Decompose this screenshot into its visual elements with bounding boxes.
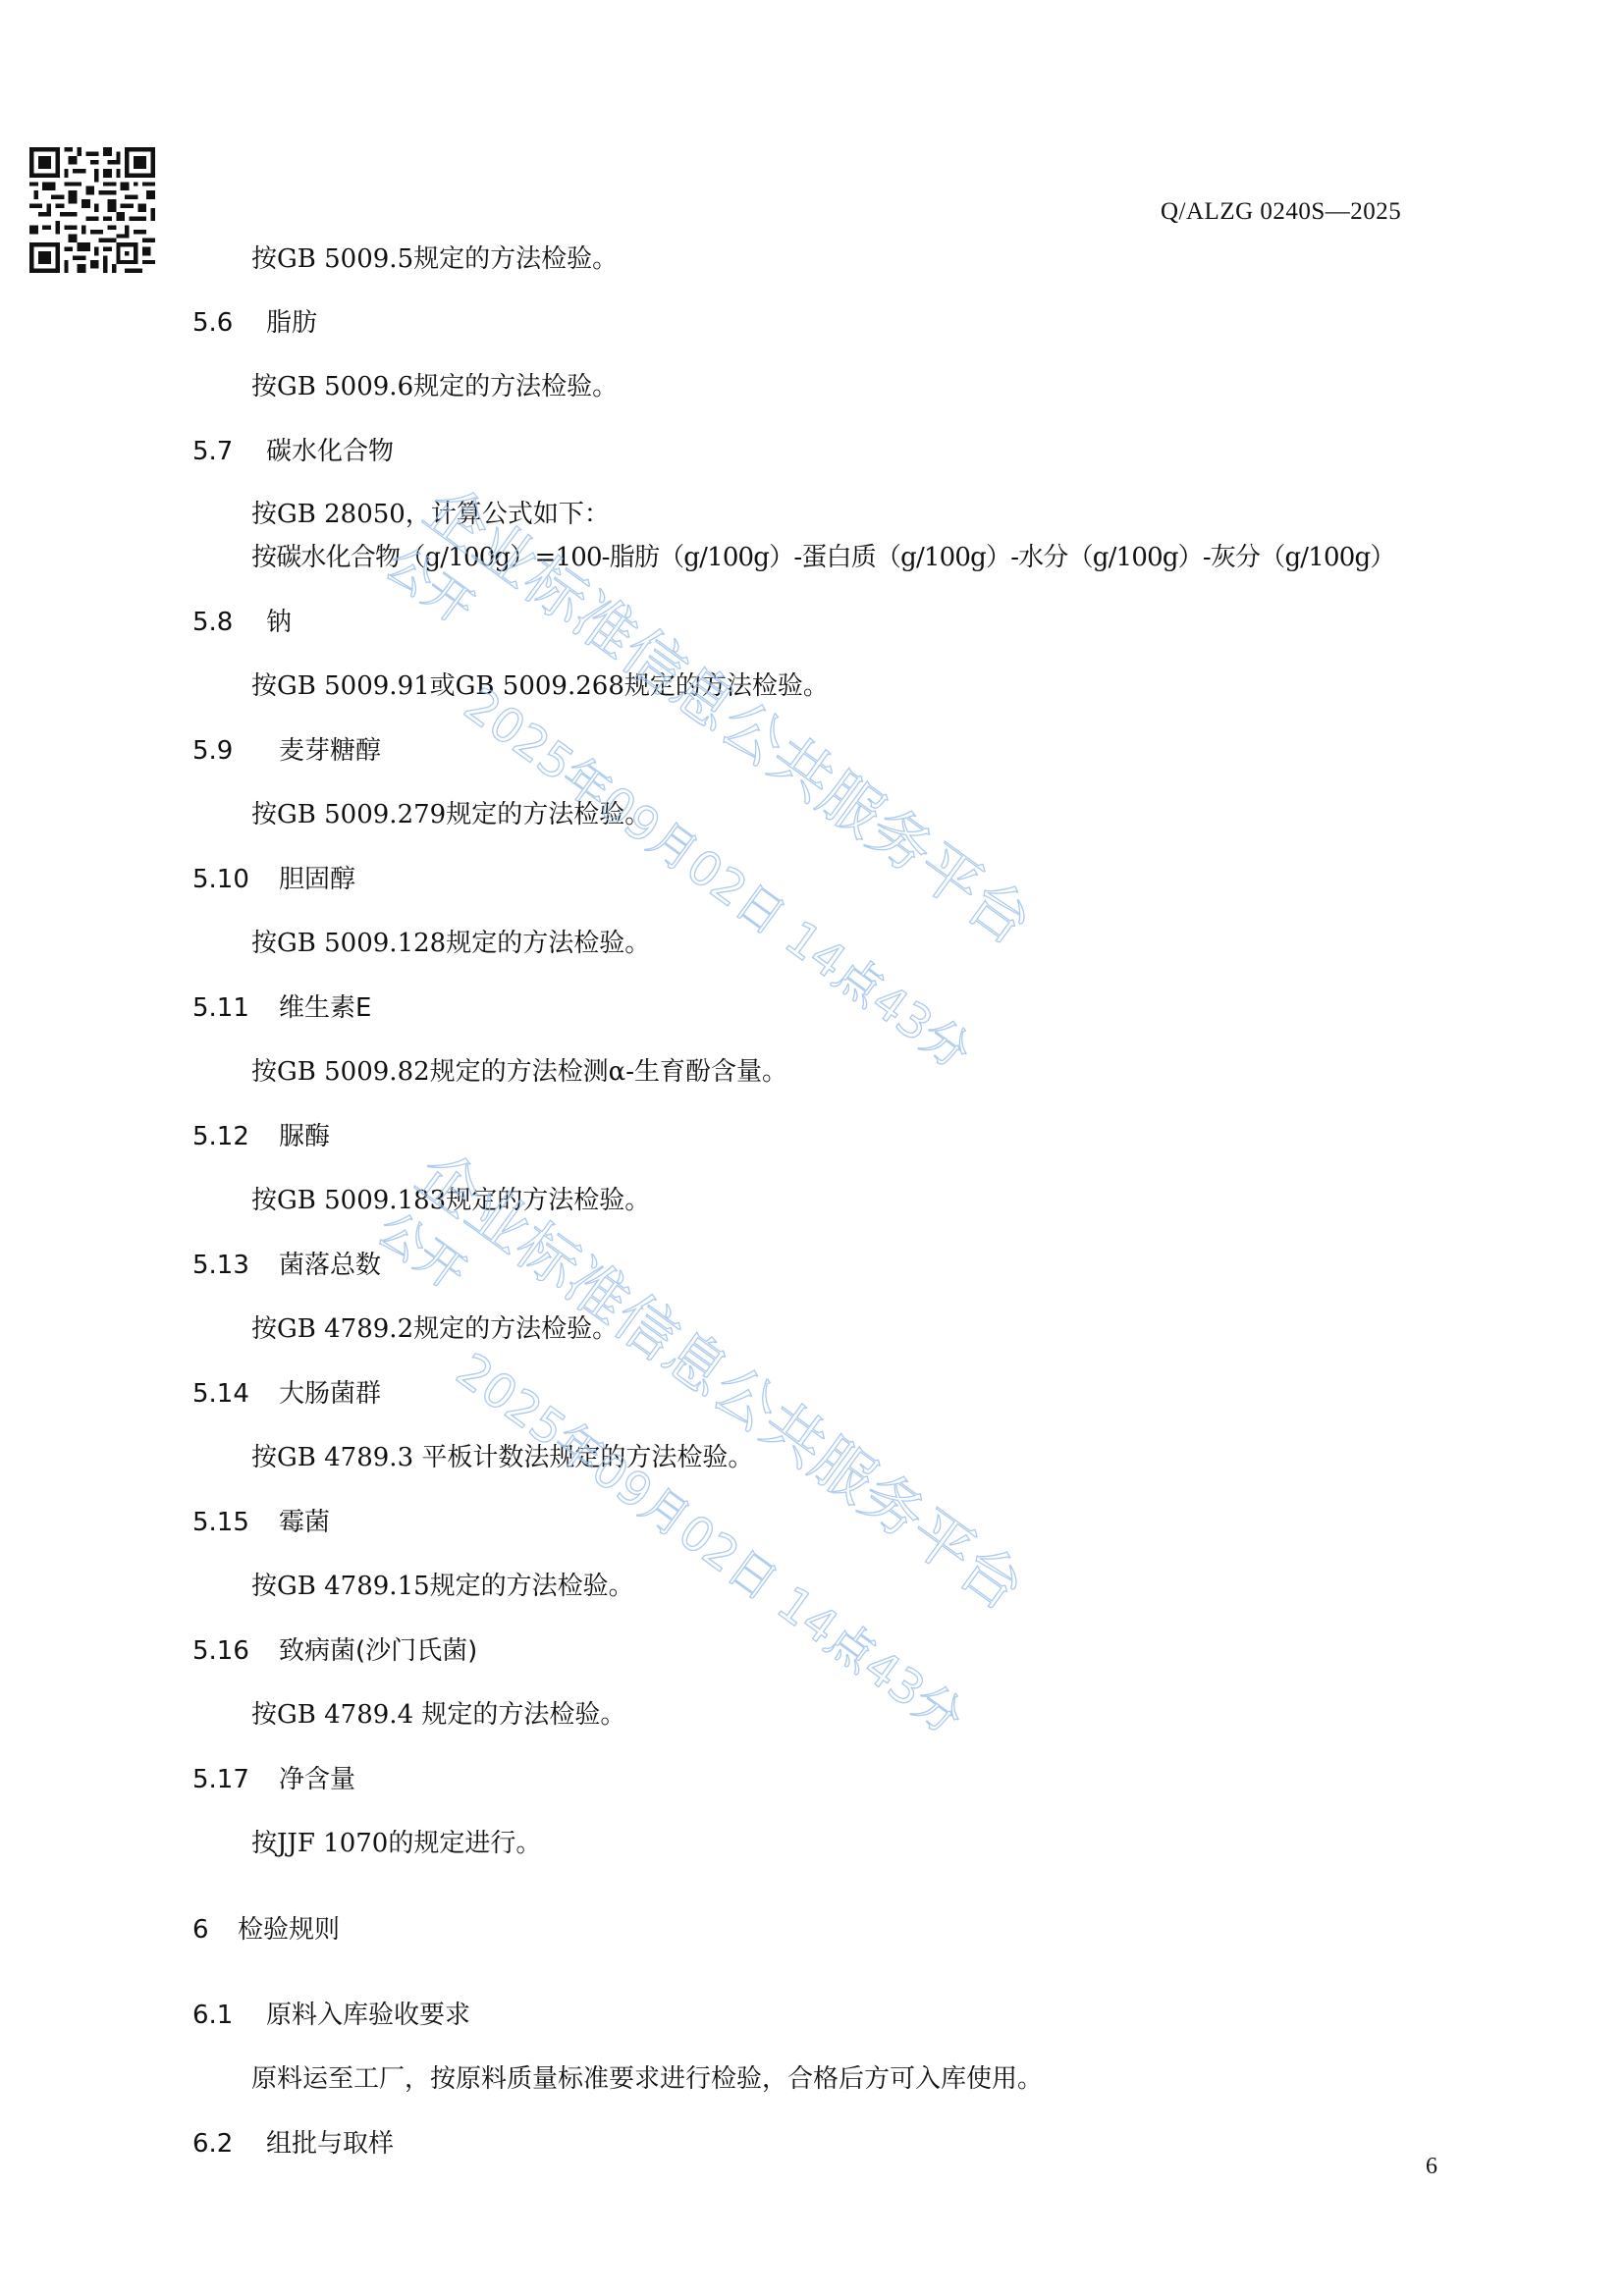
- section-body: 按GB 5009.91或GB 5009.268规定的方法检验。: [251, 666, 829, 702]
- section-title: 脂肪: [266, 302, 317, 339]
- section-title: 霉菌: [279, 1502, 330, 1538]
- section-number: 5.12: [192, 1122, 279, 1151]
- qr-code-icon: [29, 147, 155, 273]
- page-number: 6: [1426, 2154, 1437, 2180]
- section-heading: 5.13菌落总数: [192, 1245, 381, 1281]
- section-heading: 5.10胆固醇: [192, 859, 355, 895]
- formula-line: 按碳水化合物（g/100g）=100-脂肪（g/100g）-蛋白质（g/100g…: [251, 537, 1395, 573]
- section-number: 5.8: [192, 608, 266, 637]
- section-number: 5.7: [192, 437, 266, 466]
- section-title: 脲酶: [279, 1116, 330, 1152]
- section-body: 按GB 4789.2规定的方法检验。: [251, 1308, 618, 1345]
- section-heading: 5.7碳水化合物: [192, 431, 394, 467]
- section-number: 5.9: [192, 736, 279, 766]
- section-heading: 5.8钠: [192, 602, 292, 638]
- section-heading: 5.12脲酶: [192, 1116, 330, 1152]
- section-body: 按GB 4789.4 规定的方法检验。: [251, 1694, 625, 1731]
- section-heading: 5.17净含量: [192, 1759, 355, 1795]
- section-number: 5.15: [192, 1508, 279, 1537]
- section-heading: 5.11维生素E: [192, 988, 371, 1024]
- chapter-title: 检验规则: [238, 1909, 340, 1946]
- section-number: 5.13: [192, 1251, 279, 1280]
- section-number: 5.14: [192, 1379, 279, 1409]
- section-title: 钠: [266, 602, 292, 638]
- section-body: 按GB 28050，计算公式如下：: [251, 494, 610, 530]
- document-code: Q/ALZG 0240S—2025: [1161, 198, 1401, 226]
- section-title: 胆固醇: [279, 859, 355, 895]
- section-title: 原料入库验收要求: [266, 1995, 470, 2031]
- chapter-number: 6: [192, 1915, 238, 1945]
- section-body: 按GB 5009.5规定的方法检验。: [251, 239, 618, 275]
- section-title: 大肠菌群: [279, 1373, 381, 1410]
- section-title: 麦芽糖醇: [279, 730, 381, 767]
- section-heading: 5.14大肠菌群: [192, 1373, 381, 1410]
- section-title: 碳水化合物: [266, 431, 394, 467]
- section-body: 按GB 5009.6规定的方法检验。: [251, 366, 618, 402]
- section-title: 净含量: [279, 1759, 355, 1795]
- watermark-timestamp: 2025年09月02日 14点43分: [453, 668, 987, 1082]
- section-body: 按GB 4789.15规定的方法检验。: [251, 1566, 634, 1602]
- section-heading: 6.1原料入库验收要求: [192, 1995, 470, 2031]
- section-number: 5.17: [192, 1765, 279, 1794]
- section-heading: 5.16致病菌(沙门氏菌): [192, 1630, 477, 1667]
- section-title: 组批与取样: [266, 2123, 394, 2160]
- watermark-timestamp: 2025年09月02日 14点43分: [445, 1334, 979, 1747]
- section-body: 按GB 5009.128规定的方法检验。: [251, 923, 650, 959]
- section-number: 5.16: [192, 1636, 279, 1666]
- section-number: 5.10: [192, 865, 279, 894]
- section-body: 原料运至工厂，按原料质量标准要求进行检验，合格后方可入库使用。: [251, 2058, 1043, 2095]
- section-heading: 5.9麦芽糖醇: [192, 730, 381, 767]
- section-heading: 6.2组批与取样: [192, 2123, 394, 2160]
- section-number: 6.1: [192, 2001, 266, 2030]
- section-body: 按GB 5009.279规定的方法检验。: [251, 794, 650, 830]
- section-title: 致病菌(沙门氏菌): [279, 1630, 477, 1667]
- section-number: 6.2: [192, 2129, 266, 2159]
- section-body: 按JJF 1070的规定进行。: [251, 1823, 541, 1859]
- section-title: 维生素E: [279, 988, 371, 1024]
- section-number: 5.6: [192, 308, 266, 338]
- section-body: 按GB 5009.183规定的方法检验。: [251, 1180, 650, 1216]
- section-body: 按GB 5009.82规定的方法检测α-生育酚含量。: [251, 1051, 787, 1088]
- section-body: 按GB 4789.3 平板计数法规定的方法检验。: [251, 1437, 753, 1473]
- section-number: 5.11: [192, 993, 279, 1023]
- chapter-heading: 6检验规则: [192, 1909, 340, 1946]
- section-title: 菌落总数: [279, 1245, 381, 1281]
- section-heading: 5.15霉菌: [192, 1502, 330, 1538]
- section-heading: 5.6脂肪: [192, 302, 317, 339]
